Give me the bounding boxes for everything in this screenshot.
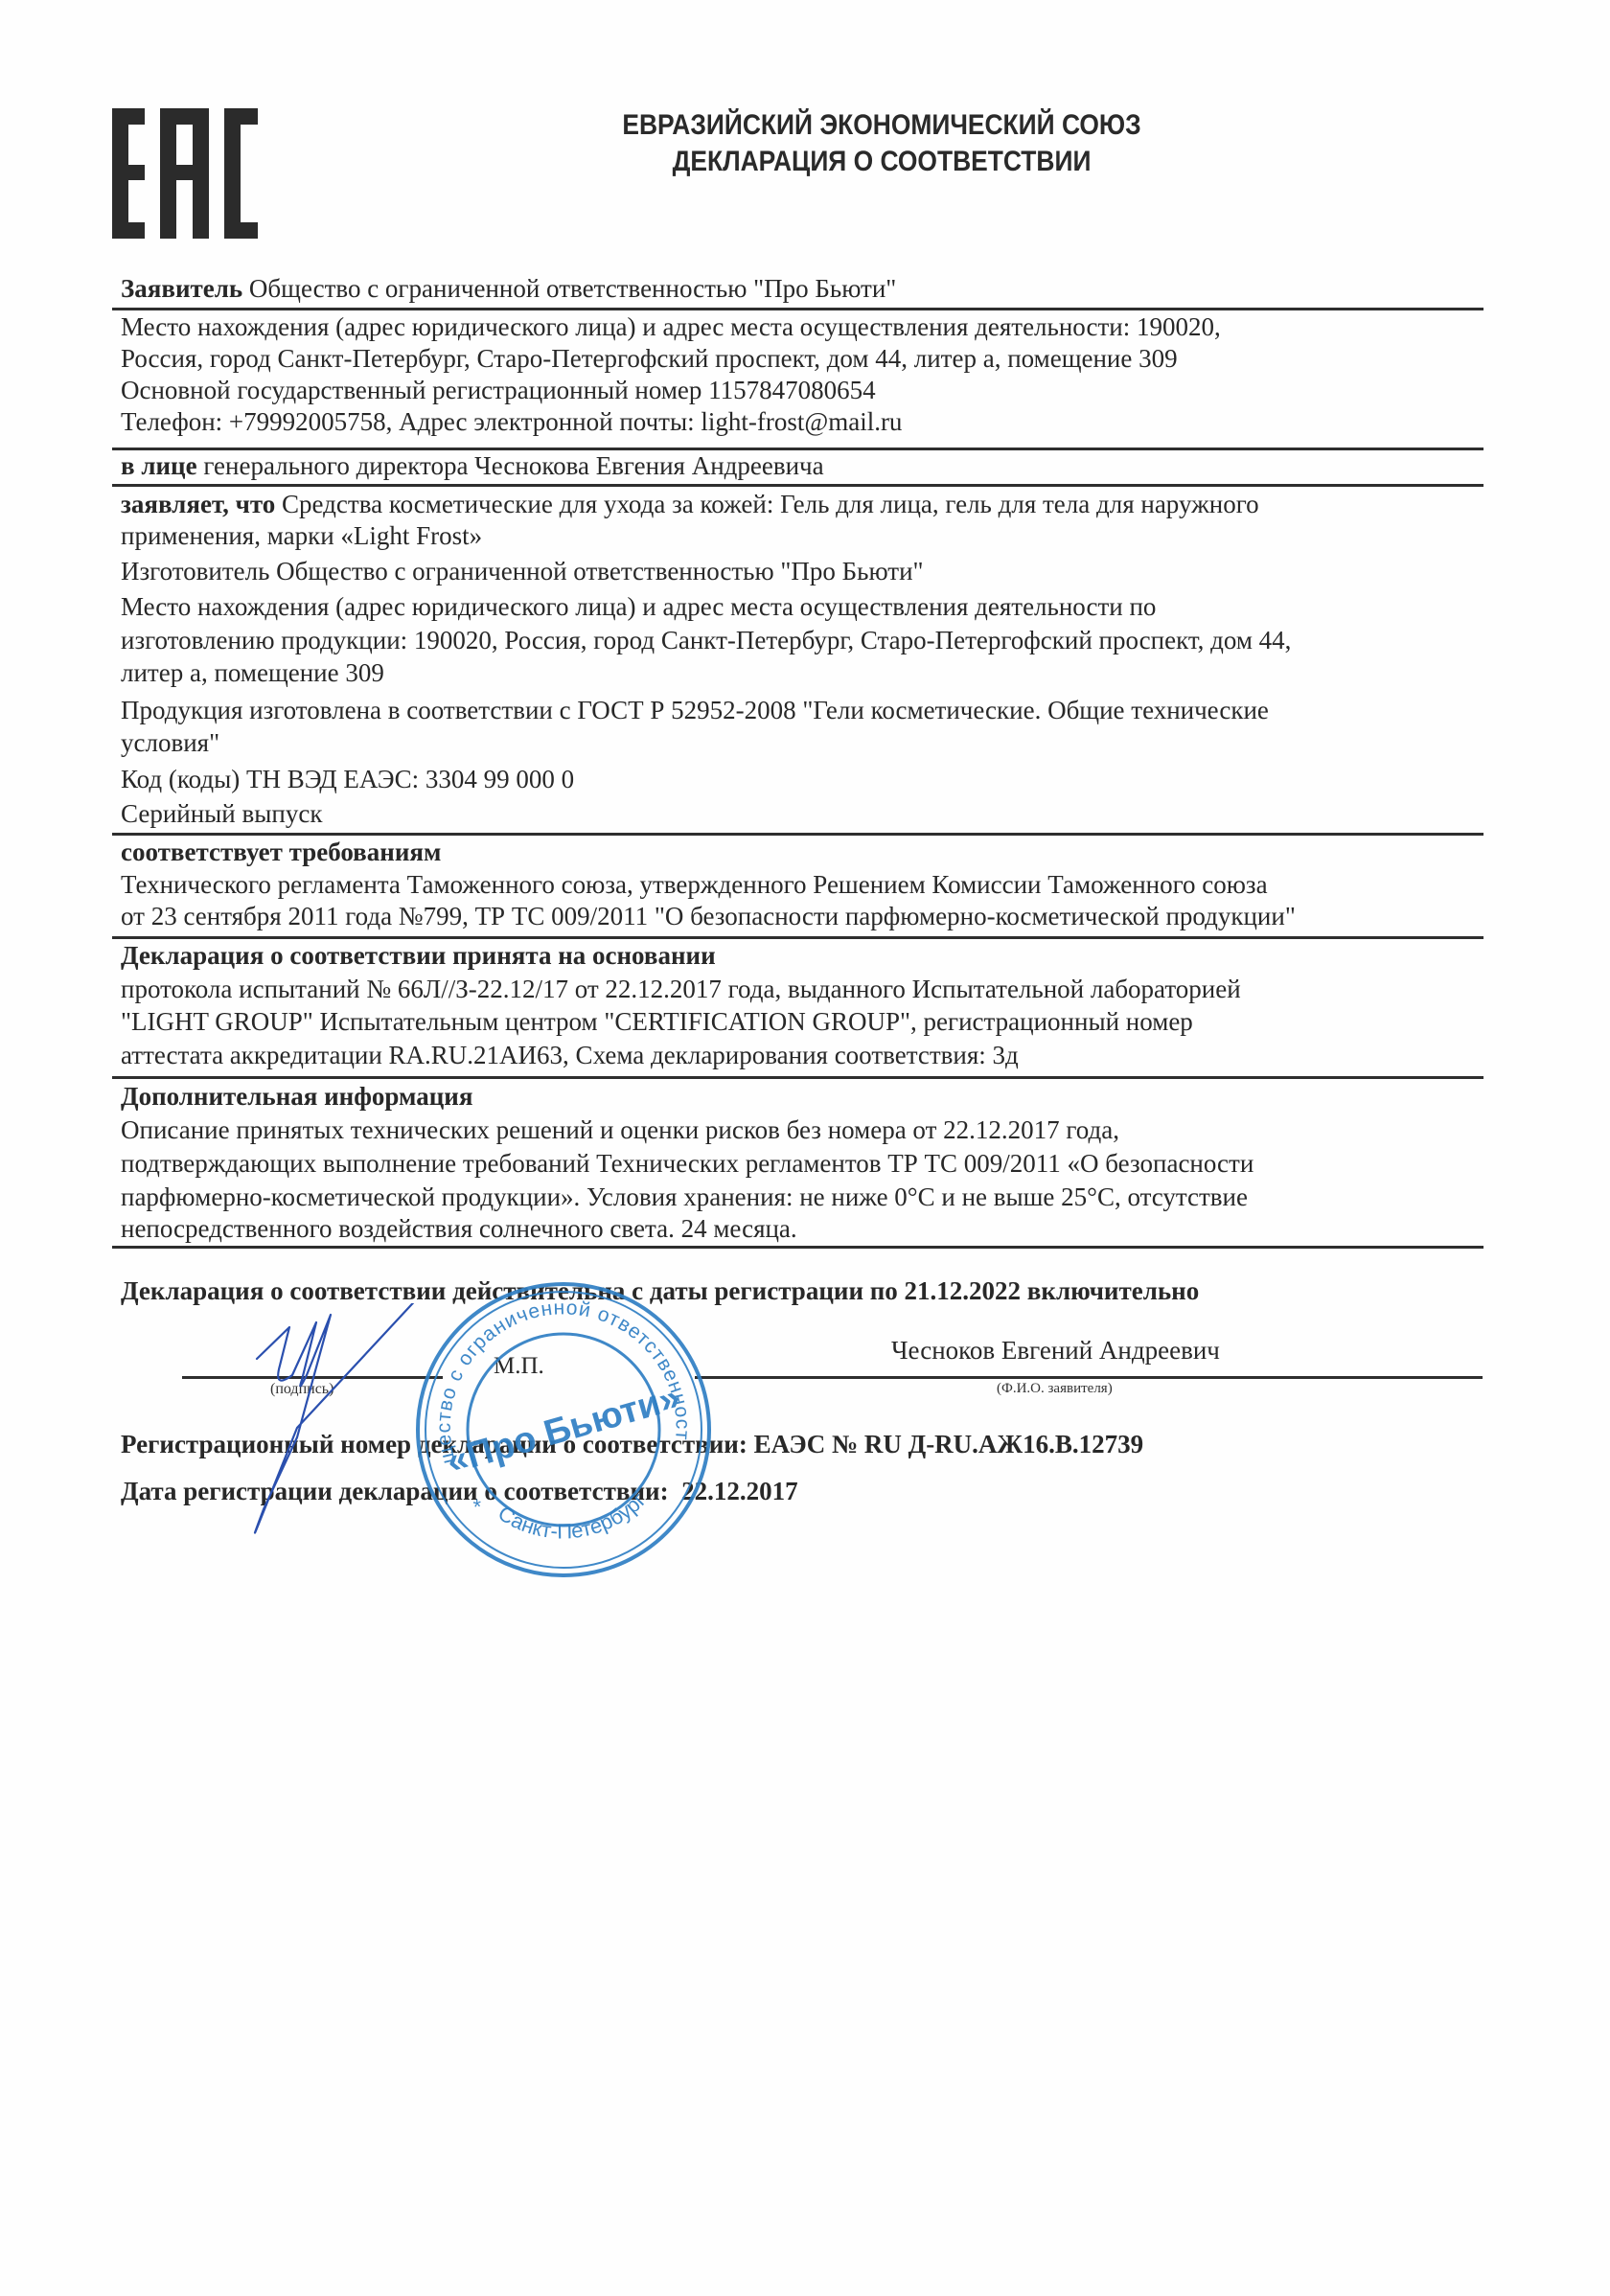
additional-line1: Описание принятых технических решений и … bbox=[121, 1114, 1119, 1145]
name-caption: (Ф.И.О. заявителя) bbox=[997, 1381, 1113, 1397]
manufacturer-address-line2: изготовлению продукции: 190020, Россия, … bbox=[121, 625, 1291, 655]
applicant-ogrn: Основной государственный регистрационный… bbox=[121, 375, 876, 405]
declares-label: заявляет, что bbox=[121, 490, 275, 518]
stamp-city-text: Санкт-Петербург bbox=[492, 1486, 654, 1551]
applicant-row: Заявитель Общество с ограниченной ответс… bbox=[121, 273, 896, 304]
manufacturer: Изготовитель Общество с ограниченной отв… bbox=[121, 556, 924, 586]
divider bbox=[112, 936, 1483, 939]
applicant-address-line2: Россия, город Санкт-Петербург, Старо-Пет… bbox=[121, 343, 1178, 374]
name-line bbox=[695, 1376, 1483, 1379]
header-declaration-title: ДЕКЛАРАЦИЯ О СООТВЕТСТВИИ bbox=[544, 144, 1219, 180]
applicant-contacts: Телефон: +79992005758, Адрес электронной… bbox=[121, 406, 902, 437]
svg-text:Санкт-Петербург: Санкт-Петербург bbox=[492, 1486, 654, 1551]
basis-line3: аттестата аккредитации RA.RU.21АИ63, Схе… bbox=[121, 1040, 1019, 1070]
compliance-label: соответствует требованиям bbox=[121, 837, 441, 867]
manufacturer-address-line1: Место нахождения (адрес юридического лиц… bbox=[121, 591, 1156, 622]
divider bbox=[112, 833, 1483, 836]
stamp-star: * bbox=[472, 1494, 484, 1519]
company-seal-stamp: Общество с ограниченной ответственностью… bbox=[414, 1280, 713, 1579]
basis-line1: протокола испытаний № 66Л//З-22.12/17 от… bbox=[121, 974, 1241, 1004]
standard-line1: Продукция изготовлена в соответствии с Г… bbox=[121, 695, 1269, 725]
document-header: ЕВРАЗИЙСКИЙ ЭКОНОМИЧЕСКИЙ СОЮЗ ДЕКЛАРАЦИ… bbox=[544, 107, 1219, 180]
hs-code: Код (коды) ТН ВЭД ЕАЭС: 3304 99 000 0 bbox=[121, 764, 574, 794]
additional-label: Дополнительная информация bbox=[121, 1081, 472, 1112]
divider bbox=[112, 1246, 1483, 1249]
applicant-name: Общество с ограниченной ответственностью… bbox=[242, 274, 896, 303]
additional-line3: парфюмерно-косметической продукции». Усл… bbox=[121, 1182, 1248, 1212]
additional-line2: подтверждающих выполнение требований Тех… bbox=[121, 1148, 1253, 1179]
declares-row: заявляет, что Средства косметические для… bbox=[121, 489, 1259, 519]
divider bbox=[112, 308, 1483, 310]
eac-mark-icon bbox=[112, 108, 258, 239]
compliance-line1: Технического регламента Таможенного союз… bbox=[121, 869, 1268, 900]
manufacturer-address-line3: литер а, помещение 309 bbox=[121, 657, 384, 688]
basis-label: Декларация о соответствии принята на осн… bbox=[121, 940, 716, 971]
applicant-address-line1: Место нахождения (адрес юридического лиц… bbox=[121, 311, 1221, 342]
divider bbox=[112, 1076, 1483, 1079]
signer-name: Чесноков Евгений Андреевич bbox=[891, 1335, 1220, 1366]
representative-row: в лице генерального директора Чеснокова … bbox=[121, 450, 824, 481]
compliance-line2: от 23 сентября 2011 года №799, ТР ТС 009… bbox=[121, 901, 1296, 931]
basis-line2: "LIGHT GROUP" Испытательным центром "CER… bbox=[121, 1006, 1193, 1037]
stamp-company-name: «Про Бьюти» bbox=[443, 1377, 685, 1481]
product-description-line1: Средства косметические для ухода за коже… bbox=[275, 490, 1258, 518]
declaration-page: ЕВРАЗИЙСКИЙ ЭКОНОМИЧЕСКИЙ СОЮЗ ДЕКЛАРАЦИ… bbox=[0, 0, 1610, 2296]
registration-number-value: ЕАЭС № RU Д-RU.АЖ16.В.12739 bbox=[754, 1430, 1144, 1458]
product-description-line2: применения, марки «Light Frost» bbox=[121, 520, 482, 551]
header-union-title: ЕВРАЗИЙСКИЙ ЭКОНОМИЧЕСКИЙ СОЮЗ bbox=[544, 107, 1219, 144]
production-type: Серийный выпуск bbox=[121, 798, 322, 829]
representative-label: в лице bbox=[121, 451, 197, 480]
standard-line2: условия" bbox=[121, 727, 219, 758]
divider bbox=[112, 484, 1483, 487]
applicant-label: Заявитель bbox=[121, 274, 242, 303]
handwritten-signature bbox=[172, 1303, 422, 1552]
representative-text: генерального директора Чеснокова Евгения… bbox=[197, 451, 824, 480]
additional-line4: непосредственного воздействия солнечного… bbox=[121, 1213, 797, 1244]
